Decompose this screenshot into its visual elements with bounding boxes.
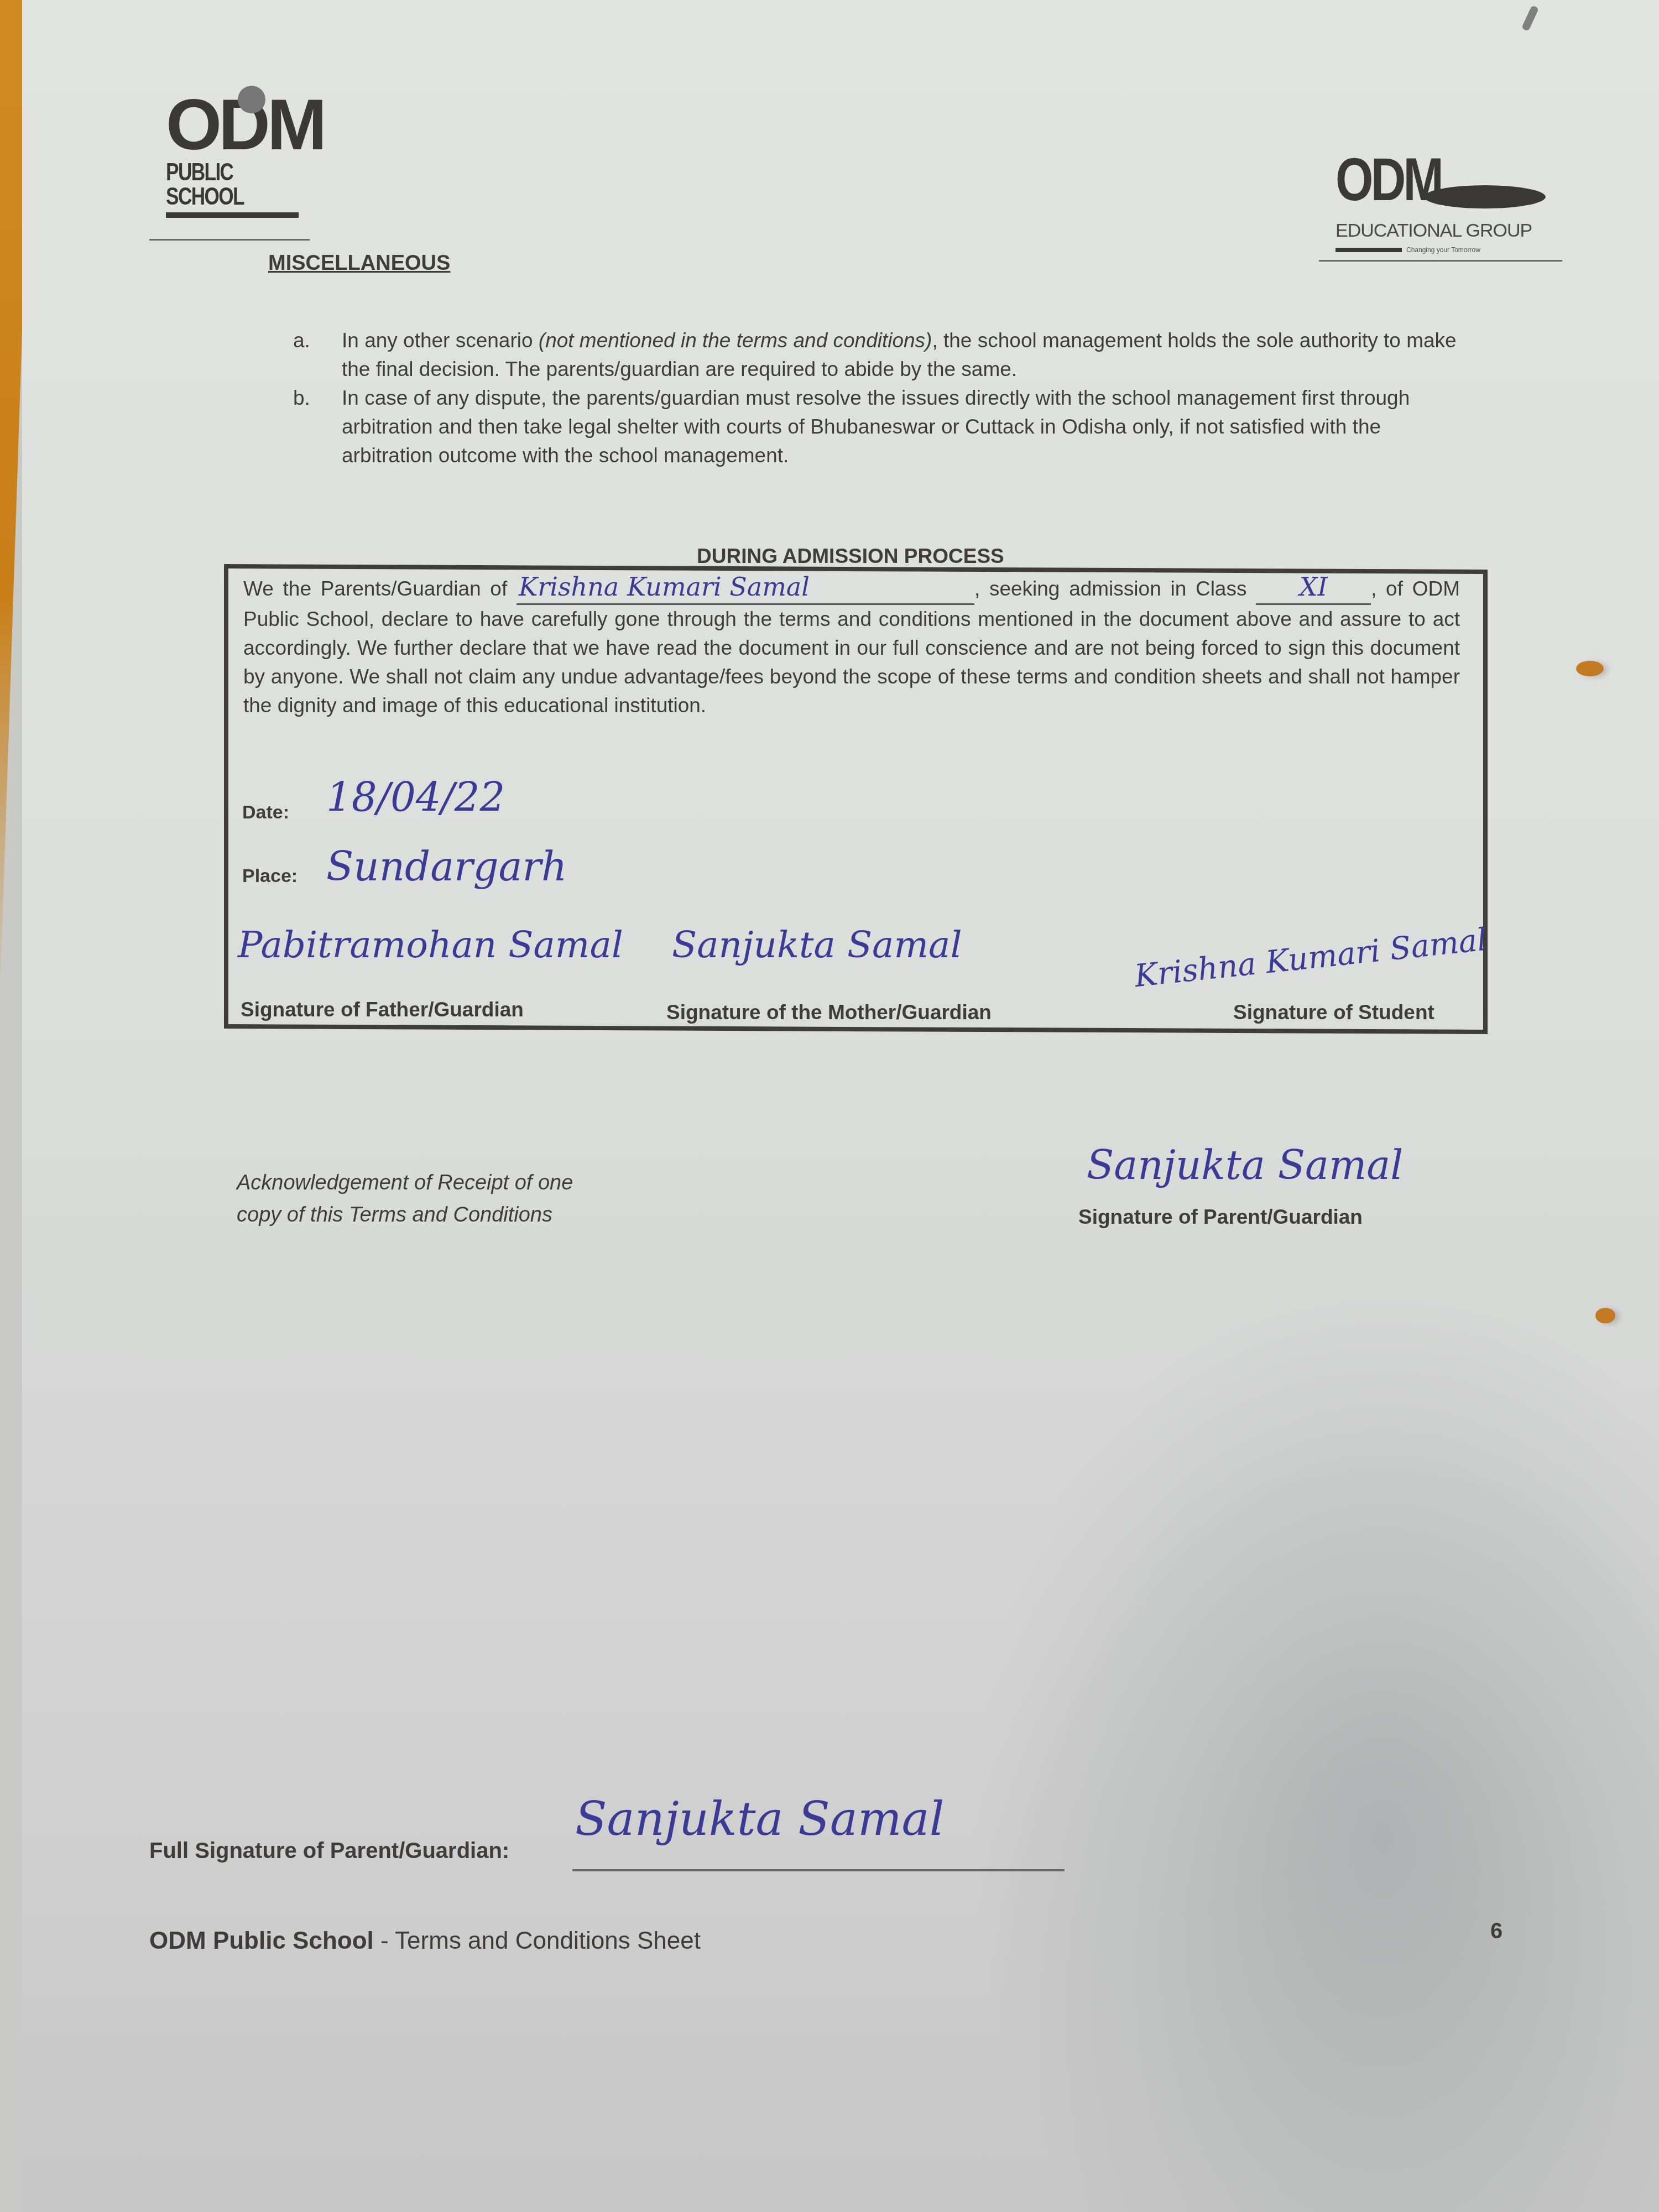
punch-hole (1595, 1308, 1615, 1323)
logo-right-rule (1319, 260, 1562, 262)
hand-shadow (968, 1272, 1659, 2212)
place-field[interactable]: Sundargarh (326, 843, 567, 890)
full-signature-line (572, 1869, 1065, 1871)
father-signature[interactable]: Pabitramohan Samal (238, 924, 623, 966)
miscellaneous-list: a. In any other scenario (not mentioned … (293, 326, 1460, 470)
father-signature-label: Signature of Father/Guardian (241, 998, 524, 1021)
declaration-text: We the Parents/Guardian of Krishna Kumar… (243, 572, 1460, 720)
student-signature-label: Signature of Student (1233, 1001, 1434, 1024)
mother-signature[interactable]: Sanjukta Samal (672, 924, 962, 966)
logo-right-bar (1335, 248, 1402, 252)
raised-arms-person-icon (238, 86, 265, 113)
footer-title: Terms and Conditions Sheet (395, 1927, 701, 1954)
date-field[interactable]: 18/04/22 (326, 774, 505, 821)
logo-right-tagline: Changing your Tomorrow (1406, 246, 1480, 254)
odm-public-school-logo: ODM PUBLIC SCHOOL (166, 88, 321, 218)
full-signature-label: Full Signature of Parent/Guardian: (149, 1839, 509, 1864)
logo-right-sub: EDUCATIONAL GROUP (1335, 220, 1568, 242)
acknowledgement-signature[interactable]: Sanjukta Samal (1087, 1142, 1403, 1188)
page-number: 6 (1490, 1919, 1503, 1944)
logo-left-bar (166, 212, 299, 218)
logo-left-sub: PUBLIC SCHOOL (166, 160, 290, 209)
punch-hole (1576, 661, 1604, 676)
class-field[interactable]: XI (1256, 572, 1371, 605)
logo-left-rule (149, 239, 310, 241)
footer-school: ODM Public School (149, 1927, 374, 1954)
student-name-field[interactable]: Krishna Kumari Samal (517, 572, 974, 605)
footer: ODM Public School - Terms and Conditions… (149, 1927, 701, 1955)
list-item: b. In case of any dispute, the parents/g… (293, 384, 1460, 470)
odm-educational-group-logo: ODM EDUCATIONAL GROUP Changing your Tomo… (1335, 149, 1568, 254)
admission-heading: DURING ADMISSION PROCESS (697, 545, 1004, 568)
date-label: Date: (242, 802, 289, 823)
place-label: Place: (242, 865, 298, 887)
acknowledgement-signature-label: Signature of Parent/Guardian (1078, 1206, 1363, 1229)
list-item: a. In any other scenario (not mentioned … (293, 326, 1460, 384)
full-signature[interactable]: Sanjukta Samal (575, 1792, 945, 1846)
miscellaneous-heading: MISCELLANEOUS (268, 252, 450, 275)
logo-right-main: ODM (1335, 149, 1521, 210)
mother-signature-label: Signature of the Mother/Guardian (666, 1001, 992, 1024)
acknowledgement-text: Acknowledgement of Receipt of one copy o… (237, 1167, 573, 1231)
